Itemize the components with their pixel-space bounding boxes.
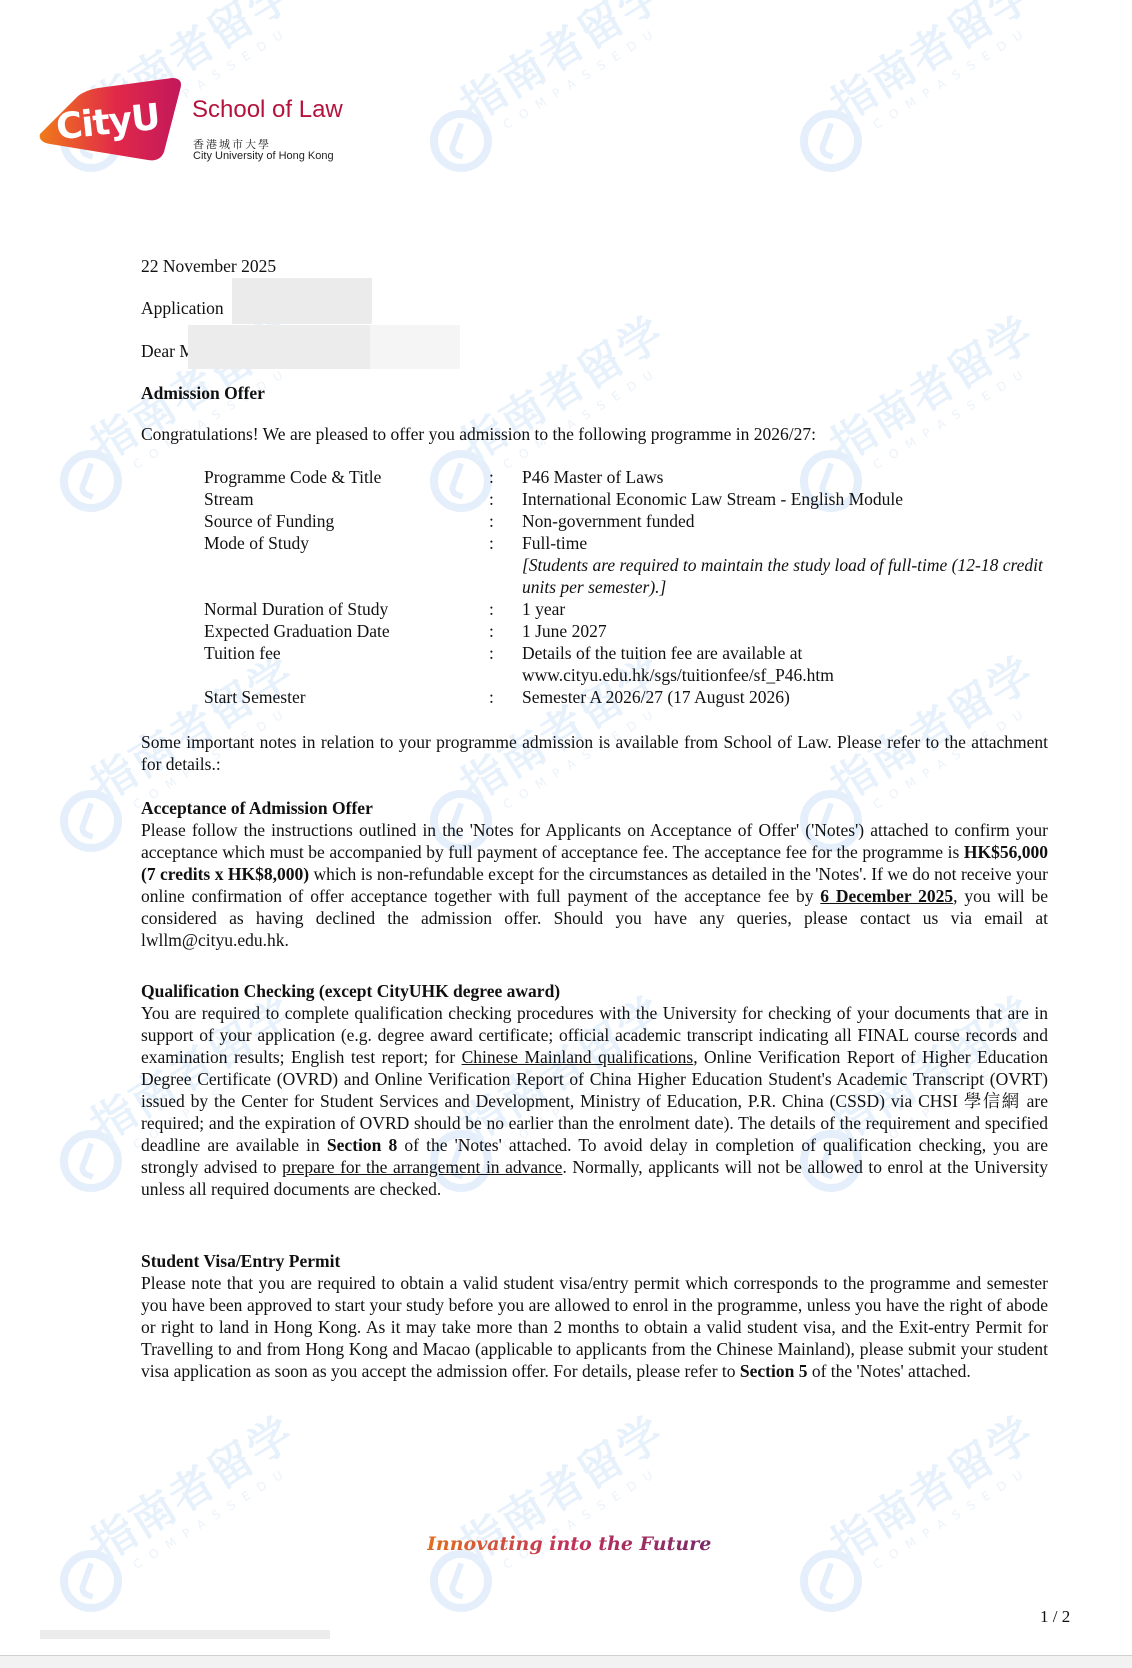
tuition-fee-url[interactable]: www.cityu.edu.hk/sgs/tuitionfee/sf_P46.h… — [522, 664, 1064, 686]
watermark-logo-icon — [60, 790, 122, 852]
section-visa: Student Visa/Entry PermitPlease note tha… — [141, 1250, 1048, 1382]
detail-row: Programme Code & Title:P46 Master of Law… — [204, 466, 1064, 488]
viewer-bottom-bar — [0, 1655, 1132, 1668]
greeting: Dear M — [141, 340, 195, 362]
watermark-logo-icon — [60, 450, 122, 512]
redacted-block — [188, 325, 370, 369]
section-qualification: Qualification Checking (except CityUHK d… — [141, 980, 1048, 1200]
letter-date: 22 November 2025 — [141, 255, 276, 277]
watermark: 指南者留学COMPASSEDU — [420, 1480, 670, 1630]
detail-row: Normal Duration of Study:1 year — [204, 598, 1064, 620]
watermark-logo-icon — [430, 1550, 492, 1612]
watermark-logo-icon — [800, 110, 862, 172]
redacted-block — [232, 278, 372, 324]
detail-row: Mode of Study:Full-time[Students are req… — [204, 532, 1064, 598]
detail-row: Tuition fee:Details of the tuition fee a… — [204, 642, 1064, 686]
page-indicator: 1 / 2 — [1040, 1607, 1070, 1627]
notes-intro: Some important notes in relation to your… — [141, 731, 1048, 775]
prepare-arrangement-link[interactable]: prepare for the arrangement in advance — [282, 1157, 562, 1177]
detail-row: Stream:International Economic Law Stream… — [204, 488, 1064, 510]
section-heading: Qualification Checking (except CityUHK d… — [141, 980, 1048, 1002]
watermark: 指南者留学COMPASSEDU — [420, 40, 670, 190]
cityu-school-of-law-logo: CityU School of Law 香港城市大學 City Universi… — [38, 72, 358, 172]
detail-row: Expected Graduation Date:1 June 2027 — [204, 620, 1064, 642]
section-acceptance: Acceptance of Admission OfferPlease foll… — [141, 797, 1048, 951]
letter-page: 指南者留学COMPASSEDU 指南者留学COMPASSEDU 指南者留学COM… — [0, 0, 1132, 1654]
chinese-mainland-qualifications-link[interactable]: Chinese Mainland qualifications — [462, 1047, 694, 1067]
intro-text: Congratulations! We are pleased to offer… — [141, 423, 816, 445]
watermark: 指南者留学COMPASSEDU — [50, 1480, 300, 1630]
footer-redacted — [40, 1630, 330, 1639]
school-name: School of Law — [192, 96, 343, 124]
redacted-block — [370, 325, 460, 369]
admission-offer-title: Admission Offer — [141, 382, 265, 404]
watermark-logo-icon — [60, 1550, 122, 1612]
watermark: 指南者留学COMPASSEDU — [790, 1480, 1040, 1630]
footer-tagline: Innovating into the Future — [427, 1533, 711, 1555]
watermark: 指南者留学COMPASSEDU — [790, 40, 1040, 190]
section-heading: Acceptance of Admission Offer — [141, 797, 1048, 819]
programme-details: Programme Code & Title:P46 Master of Law… — [204, 466, 1064, 708]
study-load-note: [Students are required to maintain the s… — [522, 554, 1064, 598]
watermark-logo-icon — [800, 1550, 862, 1612]
watermark-logo-icon — [430, 110, 492, 172]
watermark-logo-icon — [60, 1130, 122, 1192]
detail-row: Start Semester:Semester A 2026/27 (17 Au… — [204, 686, 1064, 708]
section-heading: Student Visa/Entry Permit — [141, 1250, 1048, 1272]
university-name-en: City University of Hong Kong — [193, 150, 334, 162]
detail-row: Source of Funding:Non-government funded — [204, 510, 1064, 532]
acceptance-deadline: 6 December 2025 — [820, 886, 953, 906]
application-label: Application — [141, 297, 224, 319]
